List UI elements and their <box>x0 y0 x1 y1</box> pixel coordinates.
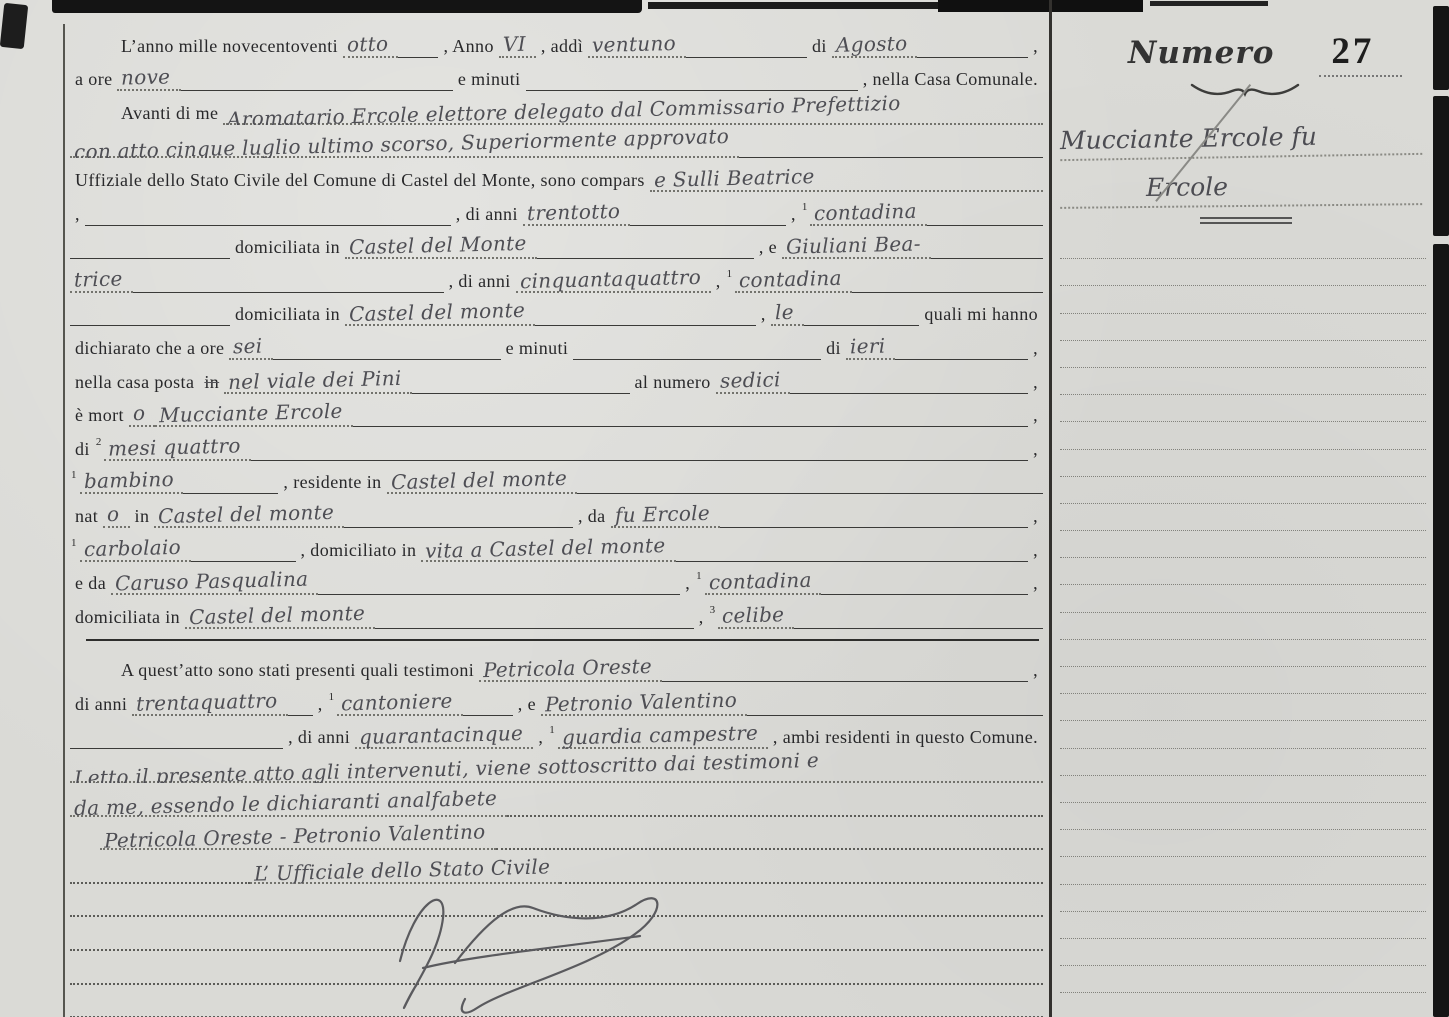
printed-label: , <box>1028 36 1043 58</box>
handwritten-text: vita a Castel del monte <box>425 533 666 562</box>
handwritten-text: Castel del monte <box>158 500 335 528</box>
margin-ruled-line <box>1060 477 1426 504</box>
handwritten-entry: o <box>129 401 155 427</box>
handwritten-entry: celibe <box>718 603 794 629</box>
margin-deceased-name-2: Ercole <box>1060 170 1422 209</box>
section-separator-line <box>86 639 1039 641</box>
margin-column: Numero 27 Mucciante Ercole fu Ercole <box>1060 0 1426 1017</box>
printed-label: e minuti <box>453 69 526 91</box>
handwritten-text: otto <box>347 31 389 56</box>
form-line: ,, di annitrentotto,1contadina <box>70 192 1043 226</box>
handwritten-text: fu Ercole <box>614 501 710 527</box>
form-line: Uffiziale dello Stato Civile del Comune … <box>70 158 1043 192</box>
printed-label: , <box>1028 540 1043 562</box>
blank-underline <box>895 357 1028 360</box>
blank-underline <box>852 290 1043 293</box>
handwritten-text: nove <box>121 65 171 90</box>
printed-label: di <box>70 439 95 461</box>
handwritten-text: ieri <box>850 334 886 359</box>
handwritten-entry: le <box>771 300 804 326</box>
margin-ruled-line <box>1060 450 1426 477</box>
printed-label: , da <box>573 506 611 528</box>
blank-underline <box>70 913 1043 917</box>
handwritten-entry: nel viale dei Pini <box>224 368 412 394</box>
printed-label: , <box>1028 439 1043 461</box>
margin-ruled-line <box>1060 830 1426 857</box>
handwritten-entry: sei <box>229 334 272 360</box>
printed-label: , <box>313 694 328 716</box>
margin-ruled-line <box>1060 395 1426 422</box>
form-line <box>70 951 1043 985</box>
printed-label: , <box>756 304 771 326</box>
printed-label: nella casa posta <box>70 372 199 394</box>
handwritten-text: nel viale dei Pini <box>228 365 402 393</box>
margin-ruled-lines <box>1060 232 1426 1017</box>
margin-ruled-line <box>1060 613 1426 640</box>
handwritten-text: contadina <box>814 198 917 225</box>
form-line: di annitrentaquattro,1cantoniere, ePetro… <box>70 682 1043 716</box>
blank-underline <box>917 55 1028 58</box>
handwritten-text: trentotto <box>527 198 621 224</box>
handwritten-text: VI <box>503 31 527 56</box>
footnote-ref: 1 <box>549 724 555 736</box>
blank-underline <box>739 155 1043 158</box>
printed-label: , e <box>513 694 541 716</box>
printed-label: , domiciliato in <box>296 540 422 562</box>
printed-label: , ambi residenti in questo Comune. <box>768 727 1043 749</box>
form-line: di2mesi quattro, <box>70 427 1043 461</box>
margin-ruled-line <box>1060 531 1426 558</box>
handwritten-entry: contadina <box>705 569 822 595</box>
form-line: domiciliata inCastel del monte,3celibe <box>70 595 1043 629</box>
form-rows-main: L’anno mille novecentoventiotto, AnnoVI,… <box>70 24 1043 629</box>
blank-underline <box>931 256 1043 259</box>
form-line: 1bambino, residente inCastel del monte <box>70 461 1043 495</box>
printed-label: dichiarato che a ore <box>70 338 229 360</box>
blank-underline <box>537 256 754 259</box>
printed-label: di anni <box>70 694 132 716</box>
blank-underline <box>181 88 453 91</box>
blank-underline <box>821 592 1028 595</box>
printed-label: domiciliata in <box>230 304 345 326</box>
printed-label: in <box>130 506 155 528</box>
handwritten-text: ventuno <box>592 31 677 57</box>
handwritten-text: trentaquattro <box>136 688 278 715</box>
form-line: con atto cinque luglio ultimo scorso, Su… <box>70 125 1043 159</box>
form-body: L’anno mille novecentoventiotto, AnnoVI,… <box>70 24 1043 1017</box>
handwritten-text: Petricola Oreste <box>483 654 653 682</box>
blank-underline <box>747 713 1043 716</box>
printed-label: Uffiziale dello Stato Civile del Comune … <box>70 170 650 192</box>
handwritten-entry: VI <box>499 32 536 58</box>
blank-underline <box>535 323 756 326</box>
printed-label: di <box>821 338 846 360</box>
blank-underline <box>318 592 680 595</box>
form-line: , di anniquarantacinque,1guardia campest… <box>70 716 1043 750</box>
printed-label: , addì <box>536 36 588 58</box>
form-line: è mortoMucciante Ercole, <box>70 394 1043 428</box>
printed-label: di <box>807 36 832 58</box>
blank-underline <box>526 88 858 91</box>
blank-underline <box>463 713 513 716</box>
handwritten-text: quarantacinque <box>359 721 524 749</box>
margin-ruled-line <box>1060 259 1426 286</box>
printed-label: , nella Casa Comunale. <box>858 69 1043 91</box>
handwritten-text: o <box>107 502 120 526</box>
form-rows-witness: A quest’atto sono stati presenti quali t… <box>70 649 1043 750</box>
form-line: Petricola Oreste - Petronio Valentino <box>70 817 1043 851</box>
margin-ruled-line <box>1060 558 1426 585</box>
handwritten-text: con atto cinque luglio ultimo scorso, Su… <box>74 125 729 159</box>
handwritten-entry: Castel del monte <box>387 468 577 494</box>
blank-underline <box>720 525 1029 528</box>
printed-label: quali mi hanno <box>919 304 1043 326</box>
handwritten-entry: nove <box>117 65 180 91</box>
form-line: natoinCastel del monte, dafu Ercole, <box>70 494 1043 528</box>
blank-underline <box>412 391 630 394</box>
handwritten-text: sedici <box>719 367 780 392</box>
margin-ruled-line <box>1060 912 1426 939</box>
margin-ruled-line <box>1060 694 1426 721</box>
handwritten-text: contadina <box>708 568 811 595</box>
blank-underline <box>630 223 786 226</box>
printed-label: , <box>1028 506 1043 528</box>
column-divider-line <box>1049 0 1052 1017</box>
handwritten-entry: Giuliani Bea- <box>782 233 931 259</box>
handwritten-text: da me, essendo le dichiaranti analfabete <box>74 785 498 816</box>
handwritten-text: Castel del monte <box>189 601 366 629</box>
handwritten-text: cantoniere <box>341 689 453 716</box>
handwritten-entry: Petronio Valentino <box>541 690 747 716</box>
blank-underline <box>70 880 250 884</box>
form-line: trice, di annicinquantaquattro,1contadin… <box>70 259 1043 293</box>
blank-underline <box>686 55 807 58</box>
form-line: domiciliata inCastel del Monte, eGiulian… <box>70 226 1043 260</box>
handwritten-text: cinquantaquattro <box>519 265 701 293</box>
handwritten-text: Castel del Monte <box>349 231 527 259</box>
handwritten-entry: carbolaio <box>80 536 191 562</box>
margin-ruled-line <box>1060 939 1426 966</box>
blank-underline <box>70 981 1043 985</box>
handwritten-text: bambino <box>83 467 173 493</box>
handwritten-text: mesi quattro <box>108 433 241 460</box>
handwritten-entry: contadina <box>810 200 927 226</box>
handwritten-entry: Caruso Pasqualina <box>111 569 318 595</box>
printed-label: , di anni <box>451 204 523 226</box>
form-line: dichiarato che a oreseie minutidiieri, <box>70 326 1043 360</box>
handwritten-text: Petronio Valentino <box>545 688 738 716</box>
form-rows-closing: Letto il presente atto agli intervenuti,… <box>70 749 1043 1017</box>
margin-ruled-line <box>1060 504 1426 531</box>
blank-underline <box>676 559 1028 562</box>
printed-label: in <box>199 372 224 394</box>
blank-underline <box>804 323 920 326</box>
blank-underline <box>794 626 1043 629</box>
scan-artifact <box>0 3 28 49</box>
handwritten-entry: contadina <box>735 267 852 293</box>
blank-underline <box>288 713 313 716</box>
printed-label: domiciliata in <box>230 237 345 259</box>
printed-label: , <box>1028 372 1043 394</box>
handwritten-entry: Castel del monte <box>185 603 375 629</box>
blank-underline <box>560 880 1043 884</box>
printed-label: e minuti <box>501 338 574 360</box>
margin-ruled-line <box>1060 993 1426 1017</box>
handwritten-text: Agosto <box>836 31 908 57</box>
form-line: Avanti di meAromatario Ercole elettore d… <box>70 91 1043 125</box>
margin-deceased-name: Mucciante Ercole fu <box>1060 120 1423 161</box>
blank-underline <box>70 256 230 259</box>
handwritten-entry: ventuno <box>588 32 686 58</box>
printed-label: Avanti di me <box>116 103 223 125</box>
handwritten-entry: e Sulli Beatrice <box>650 166 1043 192</box>
form-line: L’ Ufficiale dello Stato Civile <box>70 850 1043 884</box>
form-line: e daCaruso Pasqualina,1contadina, <box>70 562 1043 596</box>
printed-label: , <box>1028 338 1043 360</box>
margin-ruled-line <box>1060 640 1426 667</box>
printed-label: al numero <box>630 372 716 394</box>
margin-ruled-line <box>1060 368 1426 395</box>
handwritten-entry: cinquantaquattro <box>516 267 711 293</box>
handwritten-entry: Letto il presente atto agli intervenuti,… <box>70 757 1043 783</box>
blank-underline <box>70 947 1043 951</box>
printed-label: , <box>1028 573 1043 595</box>
printed-label: domiciliata in <box>70 607 185 629</box>
handwritten-entry: Petricola Oreste - Petronio Valentino <box>100 824 496 850</box>
blank-underline <box>85 223 451 226</box>
numero-label: Numero <box>1128 35 1274 71</box>
page-left-border <box>63 24 65 1017</box>
scan-artifact <box>648 2 940 9</box>
blank-underline <box>662 679 1028 682</box>
scan-artifact <box>52 0 642 13</box>
printed-label: , <box>680 573 695 595</box>
blank-underline <box>927 223 1043 226</box>
handwritten-entry: bambino <box>80 468 184 494</box>
margin-ruled-line <box>1060 667 1426 694</box>
form-line <box>70 985 1043 1017</box>
printed-label: , <box>70 204 85 226</box>
printed-label: , e <box>754 237 782 259</box>
form-line: 1carbolaio, domiciliato invita a Castel … <box>70 528 1043 562</box>
form-line <box>70 917 1043 951</box>
form-line: da me, essendo le dichiaranti analfabete <box>70 783 1043 817</box>
footnote-ref: 1 <box>802 201 808 213</box>
handwritten-entry: cantoniere <box>337 690 463 716</box>
printed-label: , di anni <box>283 727 355 749</box>
blank-underline <box>375 626 694 629</box>
handwritten-entry: o <box>103 502 129 528</box>
handwritten-entry: Petricola Oreste <box>479 656 662 682</box>
handwritten-text: Petricola Oreste - Petronio Valentino <box>104 820 486 851</box>
handwritten-entry: ieri <box>846 334 895 360</box>
handwritten-entry: da me, essendo le dichiaranti analfabete <box>70 791 507 817</box>
printed-label: , <box>786 204 801 226</box>
margin-ruled-line <box>1060 966 1426 993</box>
margin-ruled-line <box>1060 803 1426 830</box>
handwritten-text: trice <box>74 266 123 291</box>
form-line: A quest’atto sono stati presenti quali t… <box>70 649 1043 683</box>
handwritten-text: Caruso Pasqualina <box>115 567 309 595</box>
blank-underline <box>507 813 1043 817</box>
handwritten-entry: con atto cinque luglio ultimo scorso, Su… <box>70 132 739 158</box>
footnote-ref: 1 <box>329 691 335 703</box>
handwritten-entry: fu Ercole <box>611 502 720 528</box>
margin-ruled-line <box>1060 776 1426 803</box>
handwritten-text: carbolaio <box>83 534 181 560</box>
handwritten-text: contadina <box>739 265 842 292</box>
printed-label: A quest’atto sono stati presenti quali t… <box>116 660 479 682</box>
blank-underline <box>573 357 821 360</box>
form-line: nella casa postainnel viale dei Pinial n… <box>70 360 1043 394</box>
handwritten-text: o <box>133 401 146 425</box>
handwritten-entry: vita a Castel del monte <box>421 536 675 562</box>
handwritten-entry: Agosto <box>832 32 917 58</box>
footnote-ref: 1 <box>71 537 77 549</box>
handwritten-entry: sedici <box>716 368 791 394</box>
handwritten-text: guardia campestre <box>561 721 758 749</box>
blank-underline <box>251 458 1028 461</box>
blank-underline <box>273 357 501 360</box>
handwritten-text: Mucciante Ercole <box>159 399 343 427</box>
handwritten-text: e Sulli Beatrice <box>654 164 815 192</box>
printed-label: , <box>533 727 548 749</box>
printed-label: , di anni <box>444 271 516 293</box>
margin-ruled-line <box>1060 857 1426 884</box>
handwritten-text: le <box>775 300 794 324</box>
handwritten-entry: Castel del monte <box>345 300 535 326</box>
printed-label: , residente in <box>278 472 386 494</box>
blank-underline <box>790 391 1028 394</box>
printed-label: è mort <box>70 405 129 427</box>
form-line <box>70 884 1043 918</box>
numero-row: Numero 27 <box>1128 30 1426 77</box>
blank-underline <box>183 491 278 494</box>
margin-ruled-line <box>1060 286 1426 313</box>
footnote-ref: 1 <box>71 469 77 481</box>
handwritten-entry: Mucciante Ercole <box>155 401 353 427</box>
margin-ruled-line <box>1060 585 1426 612</box>
handwritten-entry: otto <box>343 32 398 58</box>
printed-label: nat <box>70 506 103 528</box>
footnote-ref: 3 <box>710 604 716 616</box>
form-line: L’anno mille novecentoventiotto, AnnoVI,… <box>70 24 1043 58</box>
blank-underline <box>70 746 283 749</box>
blank-underline <box>577 491 1043 494</box>
margin-ruled-line <box>1060 422 1426 449</box>
scan-edge-strip <box>1433 6 1449 90</box>
handwritten-entry: guardia campestre <box>558 723 768 749</box>
form-line: domiciliata inCastel del monte,lequali m… <box>70 293 1043 327</box>
handwritten-text: Giuliani Bea- <box>786 232 921 259</box>
form-line: a orenovee minuti, nella Casa Comunale. <box>70 58 1043 92</box>
footnote-ref: 1 <box>696 570 702 582</box>
handwritten-entry: L’ Ufficiale dello Stato Civile <box>250 858 560 884</box>
blank-underline <box>133 290 444 293</box>
handwritten-text: Letto il presente atto agli intervenuti,… <box>74 749 820 783</box>
printed-label: , <box>711 271 726 293</box>
handwritten-text: celibe <box>722 602 785 628</box>
handwritten-entry: Castel del monte <box>154 502 344 528</box>
handwritten-entry: quarantacinque <box>355 723 533 749</box>
scan-edge-strip <box>1433 244 1449 1017</box>
handwritten-entry: trentaquattro <box>132 690 287 716</box>
numero-value: 27 <box>1319 30 1402 77</box>
blank-underline <box>353 424 1028 427</box>
printed-label: , <box>694 607 709 629</box>
handwritten-entry: mesi quattro <box>104 435 251 461</box>
handwritten-text: Castel del monte <box>390 466 567 494</box>
handwritten-text: L’ Ufficiale dello Stato Civile <box>254 854 551 884</box>
form-line: Letto il presente atto agli intervenuti,… <box>70 749 1043 783</box>
printed-label: e da <box>70 573 111 595</box>
margin-dash-ornament <box>1200 217 1292 224</box>
footnote-ref: 1 <box>727 268 733 280</box>
blank-underline <box>70 323 230 326</box>
handwritten-entry: trice <box>70 267 133 293</box>
blank-underline <box>496 846 1043 850</box>
blank-underline <box>191 559 296 562</box>
margin-ruled-line <box>1060 721 1426 748</box>
margin-ruled-line <box>1060 314 1426 341</box>
scan-edge-strip <box>1433 96 1449 236</box>
printed-label: , <box>1028 660 1043 682</box>
printed-label: a ore <box>70 69 117 91</box>
printed-label: L’anno mille novecentoventi <box>116 36 343 58</box>
handwritten-text: sei <box>233 334 263 359</box>
blank-underline <box>398 55 438 58</box>
handwritten-entry: Aromatario Ercole elettore delegato dal … <box>223 99 1043 125</box>
blank-underline <box>344 525 573 528</box>
handwritten-entry: Castel del Monte <box>345 233 537 259</box>
margin-ruled-line <box>1060 232 1426 259</box>
handwritten-text: Castel del monte <box>349 298 526 326</box>
handwritten-entry: trentotto <box>523 200 630 226</box>
printed-label: , Anno <box>438 36 498 58</box>
margin-ruled-line <box>1060 885 1426 912</box>
printed-label: , <box>1028 405 1043 427</box>
margin-ruled-line <box>1060 749 1426 776</box>
death-certificate-scan: L’anno mille novecentoventiotto, AnnoVI,… <box>0 0 1449 1017</box>
footnote-ref: 2 <box>96 436 102 448</box>
handwritten-text: Aromatario Ercole elettore delegato dal … <box>227 91 901 125</box>
margin-ruled-line <box>1060 341 1426 368</box>
